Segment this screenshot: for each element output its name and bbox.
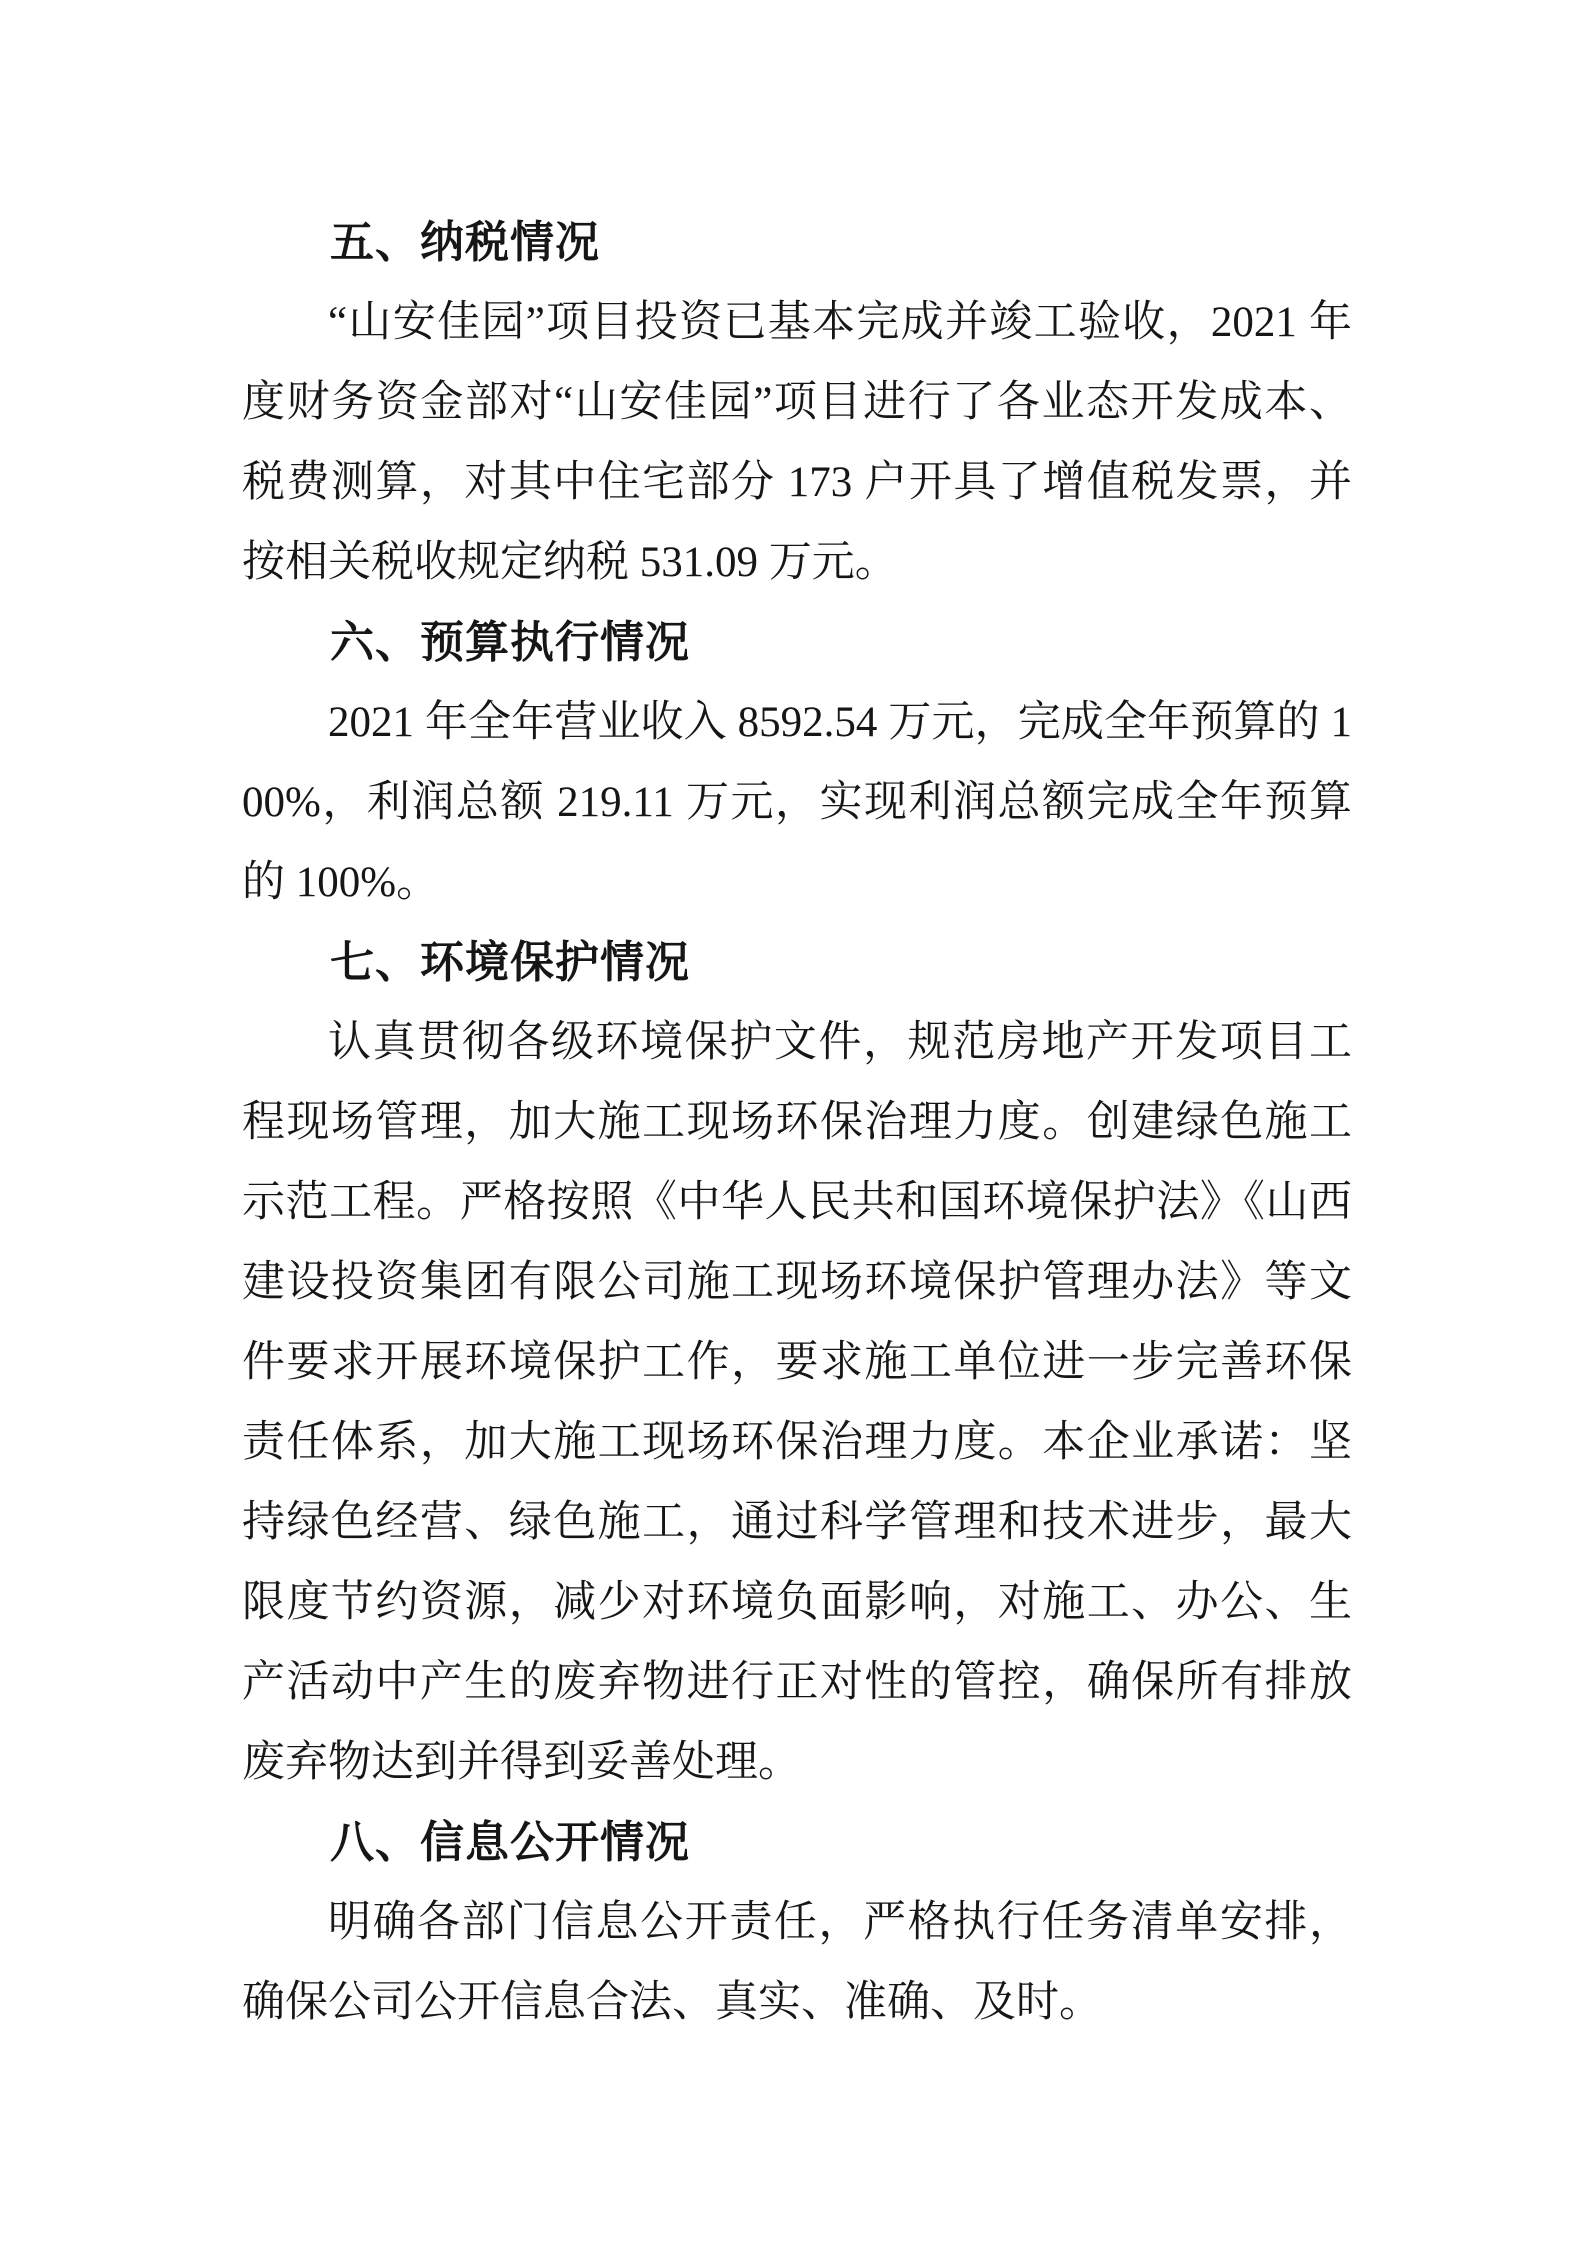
document-content: 五、纳税情况 “山安佳园”项目投资已基本完成并竣工验收，2021 年度财务资金部… — [242, 203, 1352, 2043]
section-paragraph-information-disclosure: 明确各部门信息公开责任，严格执行任务清单安排，确保公司公开信息合法、真实、准确、… — [242, 1883, 1352, 2043]
section-environmental-protection: 七、环境保护情况 认真贯彻各级环境保护文件，规范房地产开发项目工程现场管理，加大… — [242, 923, 1352, 1803]
section-heading-budget-execution: 六、预算执行情况 — [242, 603, 1352, 683]
section-heading-environmental-protection: 七、环境保护情况 — [242, 923, 1352, 1003]
section-heading-tax-status: 五、纳税情况 — [242, 203, 1352, 283]
section-heading-information-disclosure: 八、信息公开情况 — [242, 1803, 1352, 1883]
section-paragraph-tax-status: “山安佳园”项目投资已基本完成并竣工验收，2021 年度财务资金部对“山安佳园”… — [242, 283, 1352, 603]
section-paragraph-budget-execution: 2021 年全年营业收入 8592.54 万元，完成全年预算的 100%，利润总… — [242, 683, 1352, 923]
section-information-disclosure: 八、信息公开情况 明确各部门信息公开责任，严格执行任务清单安排，确保公司公开信息… — [242, 1803, 1352, 2043]
section-paragraph-environmental-protection: 认真贯彻各级环境保护文件，规范房地产开发项目工程现场管理，加大施工现场环保治理力… — [242, 1003, 1352, 1803]
section-budget-execution: 六、预算执行情况 2021 年全年营业收入 8592.54 万元，完成全年预算的… — [242, 603, 1352, 923]
document-page: 五、纳税情况 “山安佳园”项目投资已基本完成并竣工验收，2021 年度财务资金部… — [0, 0, 1587, 2245]
section-tax-status: 五、纳税情况 “山安佳园”项目投资已基本完成并竣工验收，2021 年度财务资金部… — [242, 203, 1352, 603]
